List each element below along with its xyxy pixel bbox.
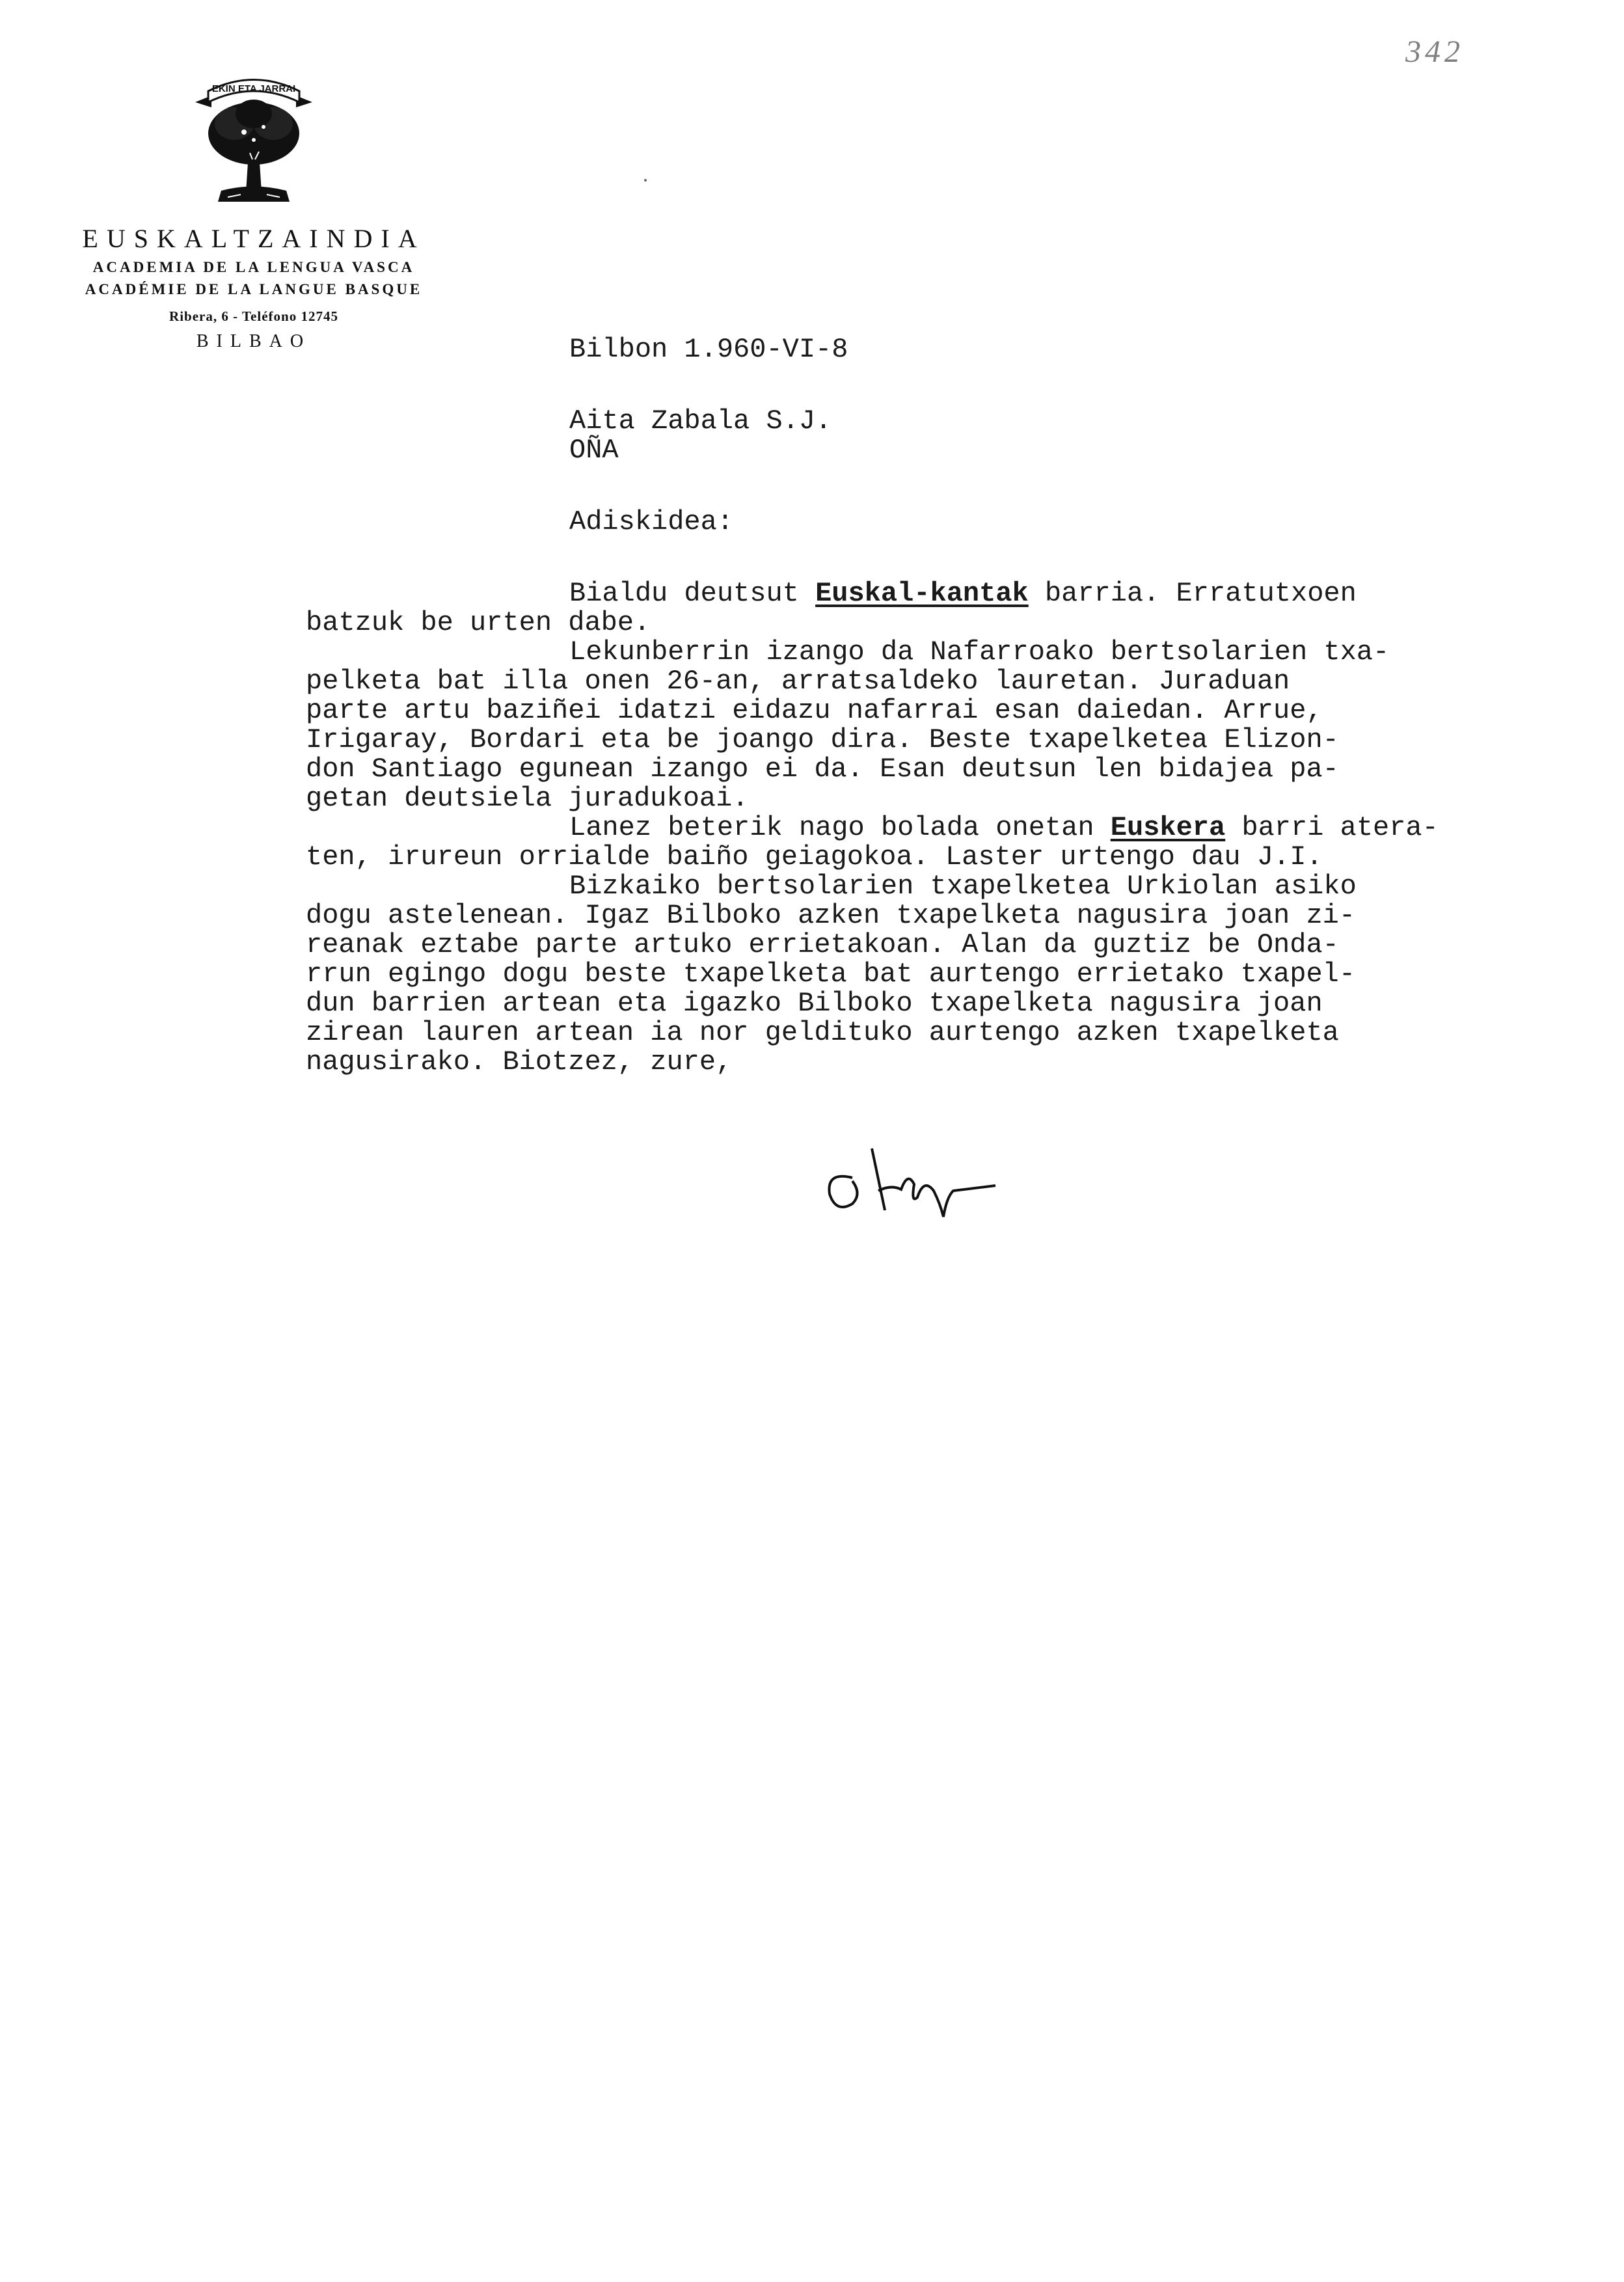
letter-text: Bizkaiko bertsolarien txapelketea Urkiol… [569,871,1357,902]
letter-text: Bialdu deutsut [569,578,815,609]
letter-text: getan deutsiela juradukoai. [306,783,749,814]
letter-line: Lekunberrin izango da Nafarroako bertsol… [306,638,1439,667]
letter-text: batzuk be urten dabe. [306,607,650,638]
letter-line: parte artu baziñei idatzi eidazu nafarra… [306,696,1439,726]
letter-text: parte artu baziñei idatzi eidazu nafarra… [306,695,1323,726]
underlined-title: Euskera [1111,812,1225,843]
page-number: 342 [1405,34,1464,70]
recipient-place: OÑA [569,436,619,465]
letter-date: Bilbon 1.960-VI-8 [569,335,848,364]
letter-text: dun barrien artean eta igazko Bilboko tx… [306,988,1323,1019]
salutation: Adiskidea: [569,508,733,537]
letter-line: ten, irureun orrialde baiño geiagokoa. L… [306,843,1439,872]
letter-line: pelketa bat illa onen 26-an, arratsaldek… [306,667,1439,696]
letter-text: reanak eztabe parte artuko errietakoan. … [306,929,1339,960]
letter-line: reanak eztabe parte artuko errietakoan. … [306,930,1439,960]
letter-line: Lanez beterik nago bolada onetan Euskera… [306,813,1439,843]
letter-line: Bizkaiko bertsolarien txapelketea Urkiol… [306,872,1439,901]
letter-line: Irigaray, Bordari eta be joango dira. Be… [306,726,1439,755]
oak-tree-icon: EKIN ETA JARRAI [182,62,325,211]
letter-text: barri atera- [1225,812,1439,843]
letter-text: ten, irureun orrialde baiño geiagokoa. L… [306,841,1323,873]
organization-address: Ribera, 6 - Teléfono 12745 [72,308,436,325]
letter-text: pelketa bat illa onen 26-an, arratsaldek… [306,666,1290,697]
letter-line: getan deutsiela juradukoai. [306,784,1439,813]
letter-body: Bialdu deutsut Euskal-kantak barria. Err… [306,579,1439,1077]
letter-text: rrun egingo dogu beste txapelketa bat au… [306,958,1355,990]
letter-text: Irigaray, Bordari eta be joango dira. Be… [306,724,1339,755]
letter-text: don Santiago egunean izango ei da. Esan … [306,754,1339,785]
letter-text: Lekunberrin izango da Nafarroako bertsol… [569,636,1389,668]
letter-text: dogu astelenean. Igaz Bilboko azken txap… [306,900,1355,931]
letter-line: don Santiago egunean izango ei da. Esan … [306,755,1439,784]
letter-line: dogu astelenean. Igaz Bilboko azken txap… [306,901,1439,930]
letter-line: Bialdu deutsut Euskal-kantak barria. Err… [306,579,1439,608]
letter-text: zirean lauren artean ia nor gelditukο au… [306,1017,1339,1048]
letter-line: rrun egingo dogu beste txapelketa bat au… [306,960,1439,989]
organization-city: BILBAO [72,331,436,352]
letter-text: barria. Erratutxoen [1029,578,1357,609]
organization-name: EUSKALTZAINDIA [72,223,436,254]
letter-line: batzuk be urten dabe. [306,608,1439,638]
motto-text: EKIN ETA JARRAI [212,83,295,94]
recipient-name: Aita Zabala S.J. [569,407,832,436]
letter-line: dun barrien artean eta igazko Bilboko tx… [306,989,1439,1018]
underlined-title: Euskal-kantak [815,578,1029,609]
scan-speck [644,179,647,182]
letter-line: nagusirako. Biotzez, zure, [306,1048,1439,1077]
letter-text: Lanez beterik nago bolada onetan [569,812,1111,843]
organization-subtitle-es: ACADEMIA DE LA LENGUA VASCA [72,259,436,276]
letter-line: zirean lauren artean ia nor gelditukο au… [306,1018,1439,1048]
signature [813,1145,1008,1223]
letter-text: nagusirako. Biotzez, zure, [306,1046,732,1078]
organization-subtitle-fr: ACADÉMIE DE LA LANGUE BASQUE [72,281,436,298]
letterhead: EKIN ETA JARRAI EUSKALTZAINDIA ACADEMIA … [72,62,436,352]
